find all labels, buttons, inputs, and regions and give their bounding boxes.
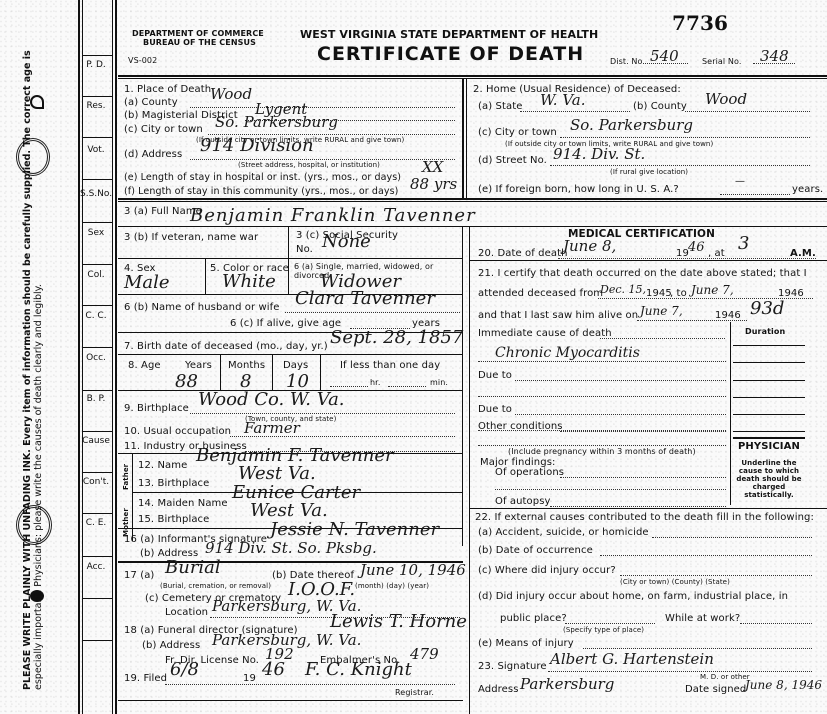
race-value[interactable]: White <box>222 274 276 290</box>
external-label: 22. If external causes contributed to th… <box>475 512 814 523</box>
age-days-label: Days <box>283 360 308 371</box>
due-to-label-2: Due to <box>478 404 512 415</box>
disposition-value[interactable]: Burial <box>165 560 221 576</box>
code-divider <box>82 640 112 641</box>
form-code: VS-002 <box>128 56 157 65</box>
disposition-date-hint: (month) (day) (year) <box>355 582 429 590</box>
due-to-label-1: Due to <box>478 370 512 381</box>
duration-line <box>733 345 805 346</box>
last-seen-value[interactable]: June 7, <box>640 303 683 319</box>
row-rule <box>118 258 462 259</box>
cell-divider <box>220 354 221 390</box>
physician-signature-label: 23. Signature <box>478 661 547 672</box>
filed-label: 19. Filed <box>124 673 167 684</box>
cause-line <box>478 361 726 362</box>
operations-line <box>495 489 726 490</box>
disposition-hint: (Burial, cremation, or removal) <box>160 582 271 590</box>
code-label: Col. <box>80 270 112 280</box>
spouse-line <box>285 312 460 313</box>
code-divider <box>82 598 112 599</box>
md-label: M. D. or other <box>700 673 750 681</box>
res-street-value[interactable]: 914. Div. St. <box>553 146 645 162</box>
pregnancy-hint: (Include pregnancy within 3 months of de… <box>508 447 696 456</box>
filed-line <box>165 684 455 685</box>
accident-label: (a) Accident, suicide, or homicide <box>478 527 649 538</box>
immediate-cause-label: Immediate cause of death <box>478 328 612 339</box>
other-conditions-label: Other conditions <box>478 421 563 432</box>
public-label: public place? <box>500 613 567 624</box>
bureau-census: BUREAU OF THE CENSUS <box>143 38 256 47</box>
section-rule <box>118 201 827 202</box>
other-line <box>560 431 726 432</box>
code-divider <box>82 137 112 138</box>
header-rule <box>118 78 827 79</box>
certificate-title: CERTIFICATE OF DEATH <box>317 43 584 65</box>
row-rule <box>118 354 462 355</box>
accident-line <box>652 537 812 538</box>
code-divider <box>82 179 112 180</box>
duration-line <box>733 362 805 363</box>
physician-note: Underline the cause to which death shoul… <box>736 459 802 499</box>
father-birthplace-value[interactable]: West Va. <box>238 466 316 482</box>
age-days-value[interactable]: 10 <box>286 374 309 390</box>
city-value[interactable]: So. Parkersburg <box>215 114 338 130</box>
res-state-value[interactable]: W. Va. <box>540 92 586 108</box>
public-line <box>565 623 655 624</box>
filed-year-value[interactable]: 46 <box>262 662 285 678</box>
code-label: Acc. <box>80 562 112 572</box>
disposition-label: 17 (a) <box>124 570 154 581</box>
code-label: B. P. <box>80 394 112 404</box>
code-label: Occ. <box>80 353 112 363</box>
sex-value[interactable]: Male <box>124 275 170 291</box>
res-state-line <box>520 111 630 112</box>
mother-birthplace-value[interactable]: West Va. <box>250 503 328 519</box>
ss-no-value[interactable]: None <box>322 234 371 250</box>
res-foreign-line <box>720 194 790 195</box>
county-label: (a) County <box>124 97 178 108</box>
occupation-value[interactable]: Farmer <box>244 420 300 436</box>
cell-divider <box>288 258 289 294</box>
code-label: S.S.No. <box>80 189 112 199</box>
dist-no-label: Dist. No. <box>610 57 645 66</box>
full-name-value[interactable]: Benjamin Franklin Tavenner <box>190 208 476 224</box>
spouse-value[interactable]: Clara Tavenner <box>295 291 435 307</box>
res-street-hint: (If rural give location) <box>610 168 688 176</box>
res-street-line <box>550 165 810 166</box>
registrar-signature[interactable]: F. C. Knight <box>305 662 412 678</box>
death-hour-value[interactable]: 3 <box>738 236 749 252</box>
res-street-label: (d) Street No. <box>478 155 547 166</box>
code-label: Vot. <box>80 145 112 155</box>
code-divider <box>82 513 112 514</box>
county-value[interactable]: Wood <box>210 86 252 102</box>
section-rule <box>118 198 827 200</box>
serial-no-value[interactable]: 348 <box>760 48 789 64</box>
res-foreign-value[interactable]: — <box>735 176 745 187</box>
immediate-cause-value[interactable]: Chronic Myocarditis <box>495 345 640 361</box>
spouse-age-label: 6 (c) If alive, give age <box>230 318 341 329</box>
duration-border <box>730 322 731 505</box>
physician-signature-value[interactable]: Albert G. Hartenstein <box>550 651 714 667</box>
code-label: Cause <box>80 436 112 446</box>
dist-no-line <box>643 63 688 64</box>
death-date-line <box>558 258 816 259</box>
death-certificate: PLEASE WRITE PLAINLY WITH UNFADING INK. … <box>0 0 827 714</box>
autopsy-line <box>550 506 726 507</box>
veteran-label: 3 (b) If veteran, name war <box>124 232 258 243</box>
certify-text: 21. I certify that death occurred on the… <box>478 268 807 279</box>
code-label: Res. <box>80 101 112 111</box>
medical-left-border <box>469 226 470 714</box>
where-hint: (City or town) (County) (State) <box>620 578 730 586</box>
code-divider <box>82 222 112 223</box>
where-label: (c) Where did injury occur? <box>478 565 616 576</box>
address-value[interactable]: 914 Division <box>200 138 314 154</box>
res-foreign-label: (e) If foreign born, how long in U. S. A… <box>478 184 679 195</box>
stay-community-value[interactable]: 88 yrs <box>410 176 457 192</box>
state-department: WEST VIRGINIA STATE DEPARTMENT OF HEALTH <box>300 29 598 40</box>
physician-address-label: Address <box>478 684 519 695</box>
dist-no-value[interactable]: 540 <box>650 48 679 64</box>
age-months-label: Months <box>228 360 265 371</box>
duration-line <box>733 397 805 398</box>
serial-no-label: Serial No. <box>702 57 741 66</box>
code-label: Con't. <box>80 477 112 487</box>
stay-hospital-label: (e) Length of stay in hospital or inst. … <box>124 172 401 183</box>
cell-divider <box>205 258 206 294</box>
physician-address-value[interactable]: Parkersburg <box>520 676 614 692</box>
operations-line <box>560 477 726 478</box>
due-line <box>515 414 726 415</box>
where-line <box>620 575 812 576</box>
res-city-label: (c) City or town <box>478 127 557 138</box>
death-date-label: 20. Date of death <box>478 248 568 259</box>
date-signed-value[interactable]: June 8, 1946 <box>745 677 822 693</box>
age-months-value[interactable]: 8 <box>240 374 251 390</box>
city-label: (c) City or town <box>124 124 203 135</box>
other-line <box>478 445 726 446</box>
res-city-line <box>560 137 810 138</box>
code-divider <box>82 556 112 557</box>
stay-community-label: (f) Length of stay in this community (yr… <box>124 186 399 197</box>
attended-to-value[interactable]: June 7, <box>691 282 734 298</box>
hr-line <box>330 386 368 387</box>
code-divider <box>82 55 112 56</box>
autopsy-label: Of autopsy <box>495 496 551 507</box>
duration-line <box>733 414 805 415</box>
code-divider <box>82 431 112 432</box>
cell-divider <box>288 226 289 258</box>
column-divider <box>466 78 467 198</box>
age-label: 8. Age <box>128 360 161 371</box>
mother-maiden-value[interactable]: Eunice Carter <box>232 485 360 501</box>
hr-label: hr. <box>370 378 380 387</box>
min-line <box>388 386 426 387</box>
disposition-date-value[interactable]: June 10, 1946 <box>360 562 466 578</box>
birth-date-value[interactable]: Sept. 28, 1857 <box>330 330 463 346</box>
sidebar-instructions: PLEASE WRITE PLAINLY WITH UNFADING INK. … <box>22 50 44 690</box>
cell-divider <box>272 354 273 390</box>
last-seen-line <box>637 320 747 321</box>
due-line <box>478 396 726 397</box>
spouse-label: 6 (b) Name of husband or wife <box>124 302 280 313</box>
cell-divider <box>320 354 321 390</box>
res-county-label: (b) County <box>633 101 687 112</box>
birthplace-line <box>190 413 455 414</box>
dept-commerce: DEPARTMENT OF COMMERCE <box>132 29 264 38</box>
duration-line <box>733 380 805 381</box>
code-divider <box>82 472 112 473</box>
code-label: Sex <box>80 228 112 238</box>
physician-label: PHYSICIAN <box>738 441 800 452</box>
registrar-label: Registrar. <box>395 688 434 697</box>
occurrence-label: (b) Date of occurrence <box>478 545 593 556</box>
code-divider <box>82 264 112 265</box>
place-of-death-heading: 1. Place of Death <box>124 84 211 95</box>
column-divider <box>462 78 464 198</box>
code-label: C. C. <box>80 311 112 321</box>
birthplace-value[interactable]: Wood Co. W. Va. <box>198 392 345 408</box>
code-label: P. D. <box>80 60 112 70</box>
means-line <box>583 648 812 649</box>
filed-year-prefix: 19 <box>243 673 256 684</box>
due-line <box>515 380 726 381</box>
res-county-line <box>685 111 810 112</box>
operations-label: Of operations <box>495 467 564 478</box>
death-year-value[interactable]: 46 <box>688 240 705 256</box>
mother-maiden-label: 14. Maiden Name <box>138 498 228 509</box>
duration-label: Duration <box>745 327 785 336</box>
row-rule <box>470 260 827 261</box>
father-birthplace-label: 13. Birthplace <box>138 478 209 489</box>
cemetery-value[interactable]: I.O.O.F. <box>288 582 355 598</box>
stay-hospital-value[interactable]: XX <box>422 159 443 175</box>
min-label: min. <box>430 378 448 387</box>
location-label: Location <box>165 607 208 618</box>
age-years-label: Years <box>185 360 212 371</box>
occupation-label: 10. Usual occupation <box>124 426 231 437</box>
county-line <box>190 107 455 108</box>
father-name-label: 12. Name <box>138 460 187 471</box>
duration-line <box>733 431 805 432</box>
attended-from-value[interactable]: Dec. 15, <box>600 282 646 298</box>
filed-value[interactable]: 6/8 <box>170 662 199 678</box>
code-divider <box>82 96 112 97</box>
embalmer-value[interactable]: 479 <box>410 646 439 662</box>
code-divider <box>82 390 112 391</box>
occurrence-line <box>600 555 812 556</box>
director-value[interactable]: Lewis T. Horne <box>330 614 467 630</box>
code-column-right-border <box>115 0 117 714</box>
res-county-value[interactable]: Wood <box>705 91 747 107</box>
code-column-right-border <box>112 0 113 714</box>
serial-no-line <box>753 63 795 64</box>
death-date-value[interactable]: June 8, <box>563 238 616 254</box>
less-day-label: If less than one day <box>340 360 440 371</box>
attended-label: attended deceased from <box>478 288 603 299</box>
date-signed-label: Date signed <box>685 684 746 695</box>
informant-signature[interactable]: Jessie N. Tavenner <box>270 522 439 538</box>
work-line <box>740 623 812 624</box>
birthplace-label: 9. Birthplace <box>124 403 189 414</box>
res-foreign-unit: years. <box>792 184 823 195</box>
code-divider <box>82 347 112 348</box>
immediate-line <box>600 338 725 339</box>
public-hint: (Specify type of place) <box>563 626 644 634</box>
left-section-border <box>462 226 463 546</box>
informant-address-value[interactable]: 914 Div. St. So. Pksbg. <box>205 540 377 556</box>
age-years-value[interactable]: 88 <box>175 374 198 390</box>
address-hint: (Street address, hospital, or institutio… <box>238 161 380 169</box>
means-label: (e) Means of injury <box>478 638 574 649</box>
mother-birthplace-label: 15. Birthplace <box>138 514 209 525</box>
header-rule <box>118 75 827 77</box>
physician-rule <box>733 437 805 439</box>
director-address-label: (b) Address <box>142 640 200 651</box>
stamp-number: 7736 <box>672 12 728 34</box>
home-label: (d) Did injury occur about home, on farm… <box>478 591 788 602</box>
bottom-rule <box>118 700 463 701</box>
row-rule <box>470 508 827 509</box>
birth-date-label: 7. Birth date of deceased (mo., day, yr.… <box>124 341 328 352</box>
father-tag: Father <box>122 464 130 490</box>
last-seen-note[interactable]: 93d <box>750 301 784 317</box>
father-name-value[interactable]: Benjamin F. Tavenner <box>196 448 394 464</box>
address-line <box>190 159 455 160</box>
code-divider <box>82 305 112 306</box>
last-seen-label: and that I last saw him alive on <box>478 310 638 321</box>
ss-no-label: No. <box>296 244 313 255</box>
res-city-value[interactable]: So. Parkersburg <box>570 117 693 133</box>
code-label: C. E. <box>80 518 112 528</box>
mother-tag: Mother <box>122 508 130 537</box>
work-label: While at work? <box>665 613 740 624</box>
name-rule <box>118 226 827 227</box>
res-state-label: (a) State <box>478 101 522 112</box>
signature-line <box>548 671 812 672</box>
address-label: (d) Address <box>124 149 182 160</box>
